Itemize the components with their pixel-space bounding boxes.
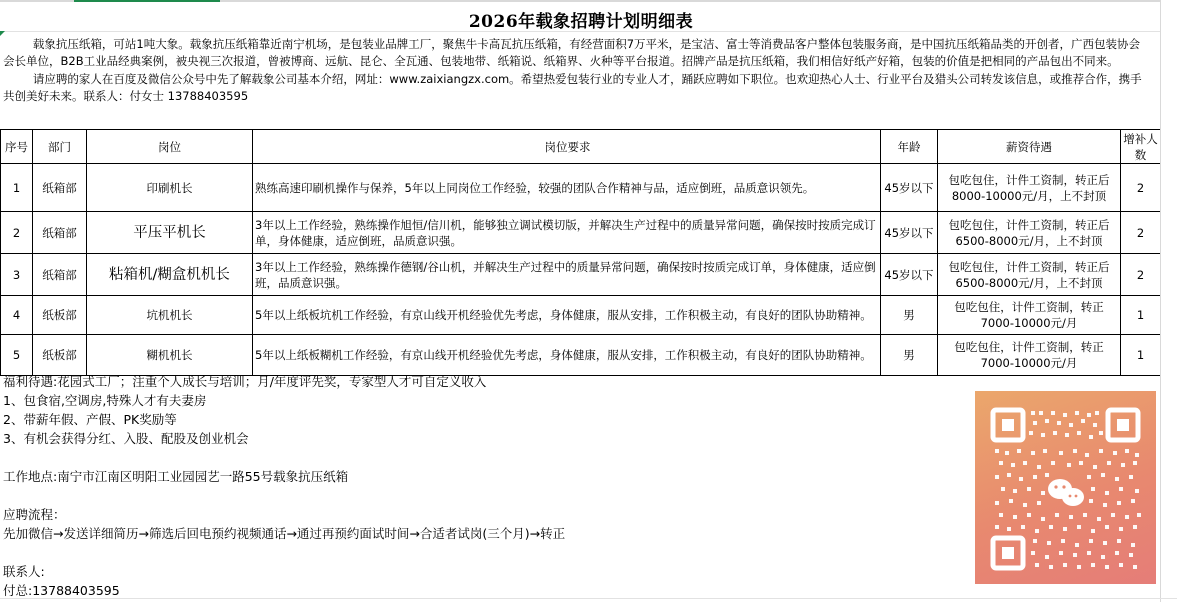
page-title: 2026年载象招聘计划明细表 [0, 7, 1162, 32]
cell-dept: 纸箱部 [33, 164, 87, 212]
qr-code-icon [975, 391, 1156, 584]
cell-salary: 包吃包住，计件工资制，转正7000-10000元/月 [938, 335, 1121, 376]
recruitment-table: 序号 部门 岗位 岗位要求 年龄 薪资待遇 增补人数 1 纸箱部 印刷机长 熟练… [0, 129, 1161, 376]
cell-requirements: 熟练高速印刷机操作与保养，5年以上同岗位工作经验，较强的团队合作精神与品，适应倒… [253, 164, 881, 212]
title-row: 2026年载象招聘计划明细表 [0, 2, 1162, 32]
benefit-item: 2、带薪年假、产假、PK奖励等 [3, 410, 565, 429]
cell-age: 45岁以下 [881, 164, 938, 212]
cell-requirements: 3年以上工作经验，熟练操作旭恒/信川机，能够独立调试模切版，并解决生产过程中的质… [253, 212, 881, 254]
process-label: 应聘流程： [3, 505, 565, 524]
sheet-bottom-edge [0, 598, 1177, 602]
cell-count: 2 [1121, 212, 1161, 254]
cell-salary: 包吃包住，计件工资制，转正后6500-8000元/月，上不封顶 [938, 212, 1121, 254]
intro-paragraph-2: 请应聘的家人在百度及微信公众号中先了解载象公司基本介绍，网址：www.zaixi… [3, 71, 1143, 106]
header-salary: 薪资待遇 [938, 130, 1121, 164]
benefit-item: 1、包食宿,空调房,特殊人才有夫妻房 [3, 391, 565, 410]
table-row: 3 纸箱部 粘箱机/糊盒机机长 3年以上工作经验，熟练操作德钢/谷山机，并解决生… [1, 254, 1161, 296]
cell-count: 2 [1121, 254, 1161, 296]
benefit-item: 3、有机会获得分红、入股、配股及创业机会 [3, 429, 565, 448]
cell-requirements: 5年以上纸板糊机工作经验，有京山线开机经验优先考虑，身体健康，服从安排，工作积极… [253, 335, 881, 376]
cell-position: 糊机机长 [87, 335, 253, 376]
cell-salary: 包吃包住，计件工资制，转正后6500-8000元/月，上不封顶 [938, 254, 1121, 296]
table-row: 1 纸箱部 印刷机长 熟练高速印刷机操作与保养，5年以上同岗位工作经验，较强的团… [1, 164, 1161, 212]
table-row: 4 纸板部 坑机机长 5年以上纸板坑机工作经验，有京山线开机经验优先考虑，身体健… [1, 296, 1161, 335]
cell-count: 1 [1121, 335, 1161, 376]
cell-no: 4 [1, 296, 33, 335]
header-requirements: 岗位要求 [253, 130, 881, 164]
process-steps: 先加微信→发送详细简历→筛选后回电预约视频通话→通过再预约面试时间→合适者试岗(… [3, 524, 565, 543]
cell-position: 粘箱机/糊盒机机长 [87, 254, 253, 296]
header-age: 年龄 [881, 130, 938, 164]
cell-position: 坑机机长 [87, 296, 253, 335]
company-intro: 载象抗压纸箱，可站1吨大象。载象抗压纸箱靠近南宁机场，是包装业品牌工厂，聚焦牛卡… [3, 36, 1143, 105]
header-position: 岗位 [87, 130, 253, 164]
cell-position: 印刷机长 [87, 164, 253, 212]
benefits-and-contact: 福利待遇:花园式工厂；注重个人成长与培训；月/年度评先奖，专家型人才可自定义收入… [3, 372, 565, 600]
cell-age: 男 [881, 335, 938, 376]
cell-dept: 纸箱部 [33, 212, 87, 254]
table-header-row: 序号 部门 岗位 岗位要求 年龄 薪资待遇 增补人数 [1, 130, 1161, 164]
cell-count: 2 [1121, 164, 1161, 212]
cell-no: 5 [1, 335, 33, 376]
cell-requirements: 5年以上纸板坑机工作经验，有京山线开机经验优先考虑，身体健康，服从安排，工作积极… [253, 296, 881, 335]
benefits-heading: 福利待遇:花园式工厂；注重个人成长与培训；月/年度评先奖，专家型人才可自定义收入 [3, 372, 565, 391]
cell-no: 1 [1, 164, 33, 212]
cell-age: 45岁以下 [881, 212, 938, 254]
cell-dept: 纸箱部 [33, 254, 87, 296]
wechat-qr-code-image [975, 391, 1156, 584]
header-count: 增补人数 [1121, 130, 1161, 164]
cell-salary: 包吃包住，计件工资制，转正7000-10000元/月 [938, 296, 1121, 335]
table-row: 5 纸板部 糊机机长 5年以上纸板糊机工作经验，有京山线开机经验优先考虑，身体健… [1, 335, 1161, 376]
contact-label: 联系人: [3, 562, 565, 581]
cell-salary: 包吃包住，计件工资制，转正后8000-10000元/月，上不封顶 [938, 164, 1121, 212]
wechat-logo-icon [1048, 479, 1084, 506]
cell-dept: 纸板部 [33, 335, 87, 376]
cell-requirements: 3年以上工作经验，熟练操作德钢/谷山机，并解决生产过程中的质量异常问题，确保按时… [253, 254, 881, 296]
cell-position: 平压平机长 [87, 212, 253, 254]
intro-paragraph-1: 载象抗压纸箱，可站1吨大象。载象抗压纸箱靠近南宁机场，是包装业品牌工厂，聚焦牛卡… [3, 36, 1143, 71]
sheet-right-edge [1160, 0, 1177, 602]
cell-no: 3 [1, 254, 33, 296]
work-location: 工作地点:南宁市江南区明阳工业园园艺一路55号载象抗压纸箱 [3, 467, 565, 486]
cell-age: 男 [881, 296, 938, 335]
cell-dept: 纸板部 [33, 296, 87, 335]
header-dept: 部门 [33, 130, 87, 164]
cell-count: 1 [1121, 296, 1161, 335]
header-no: 序号 [1, 130, 33, 164]
cell-no: 2 [1, 212, 33, 254]
cell-age: 45岁以下 [881, 254, 938, 296]
table-row: 2 纸箱部 平压平机长 3年以上工作经验，熟练操作旭恒/信川机，能够独立调试模切… [1, 212, 1161, 254]
